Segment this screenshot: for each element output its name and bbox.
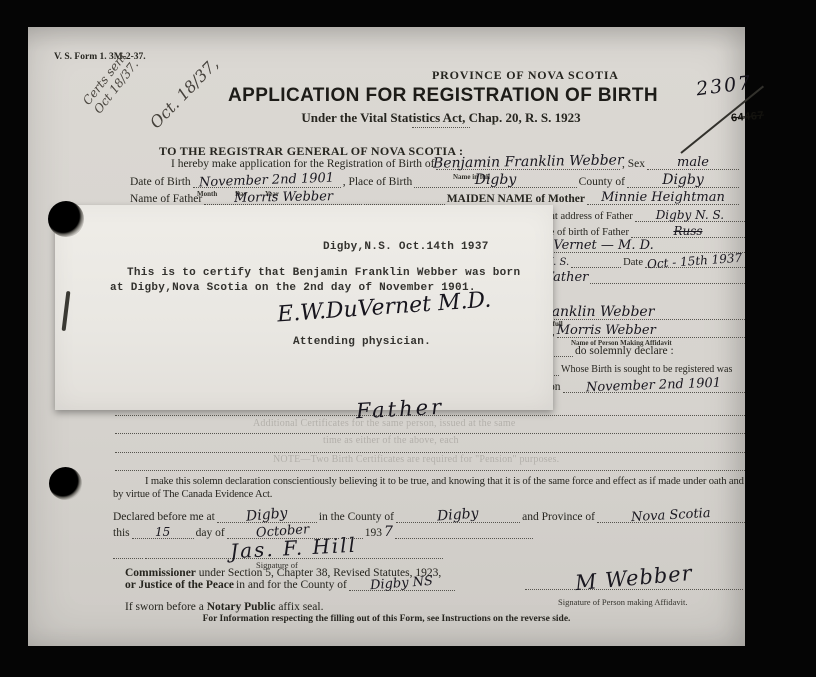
form-title: APPLICATION FOR REGISTRATION OF BIRTH xyxy=(228,85,652,107)
bleed-through-text: Additional Certificates for the same per… xyxy=(253,418,516,429)
staple-mark xyxy=(62,291,71,331)
father-address-value: Digby N. S. xyxy=(656,209,724,221)
declared-before-row: Declared before me at Digby in the Count… xyxy=(113,508,745,523)
affiant-signature-field: M Webber xyxy=(525,568,743,590)
declared-place-field: Digby xyxy=(217,508,317,523)
certificate-dateline: Digby,N.S. Oct.14th 1937 xyxy=(323,241,489,253)
dotted-line xyxy=(115,433,745,434)
county-label: County of xyxy=(579,176,625,188)
county-value: Digby xyxy=(662,173,704,187)
birth-date-value: November 2nd 1901 xyxy=(586,377,721,395)
whose-birth-row: Whose Birth is sought to be registered w… xyxy=(545,365,745,376)
birth-date-row: Date of Birth November 2nd 1901 , Place … xyxy=(130,173,739,188)
bleed-through-text: time as either of the above, each xyxy=(323,435,459,446)
sex-value: male xyxy=(677,156,709,169)
birth-date-field: November 2nd 1901 xyxy=(563,379,746,393)
physician-name-row: uVernet — M. D. xyxy=(545,239,745,253)
jp-county-field: Digby NS xyxy=(349,577,455,591)
affiant-row: I, Morris Webber xyxy=(548,324,745,338)
mother-field: Minnie Heightman xyxy=(587,191,739,205)
sex-field: male xyxy=(647,156,739,170)
birth-date-declared-row: on November 2nd 1901 xyxy=(549,379,745,393)
affiant-signature: M Webber xyxy=(574,563,693,594)
commissioner-signature-field: Jas. F. Hill xyxy=(145,538,443,559)
date-value: Oct - 15th 1937 xyxy=(647,252,743,271)
notary-pre: If sworn before a xyxy=(125,601,207,613)
punch-hole-bottom xyxy=(49,467,82,500)
dob-field: November 2nd 1901 xyxy=(193,174,341,188)
application-form-page: V. S. Form 1. 3M-2-37. Certs sent Oct 18… xyxy=(28,27,745,646)
name-row: I hereby make application for the Regist… xyxy=(171,155,739,170)
mother-value: Minnie Heightman xyxy=(601,191,725,204)
province-heading: PROVINCE OF NOVA SCOTIA xyxy=(432,69,619,82)
father-birthplace-field: Russ xyxy=(631,225,745,238)
date-row: N. S. Date Oct - 15th 1937 xyxy=(545,255,745,268)
declared-county-field: Digby xyxy=(396,508,520,523)
province-of-label: and Province of xyxy=(522,511,595,523)
father-value: Morris Webber xyxy=(234,190,333,205)
date-label: Date xyxy=(623,257,643,268)
sex-label: , Sex xyxy=(622,158,645,170)
commissioner-signature-row: Jas. F. Hill xyxy=(113,538,443,559)
justice-of-peace-row: or Justice of the Peace in and for the C… xyxy=(125,577,455,591)
oath-paragraph: I make this solemn declaration conscient… xyxy=(113,475,745,501)
registration-number-handwritten: 2307 xyxy=(695,72,754,101)
oath-text-2: virtue of The Canada Evidence Act. xyxy=(126,489,273,500)
father-address-label-fragment: ent address of Father xyxy=(545,211,633,222)
relationship-row: Father xyxy=(545,271,745,284)
header-divider xyxy=(412,127,470,128)
affiant-signature-sublabel: Signature of Person making Affidavit. xyxy=(558,597,687,607)
notary-line: If sworn before a Notary Public affix se… xyxy=(125,597,323,615)
declarant-name-row: ranklin Webber xyxy=(545,305,745,320)
form-subtitle: Under the Vital Statistics Act, Chap. 20… xyxy=(230,111,652,125)
attached-certificate: Digby,N.S. Oct.14th 1937 This is to cert… xyxy=(55,205,553,410)
pob-label: , Place of Birth xyxy=(343,176,413,188)
province-value: Nova Scotia xyxy=(631,507,711,524)
county-field: Digby xyxy=(627,173,739,188)
notary-post: affix seal. xyxy=(275,601,323,613)
father-address-row: ent address of Father Digby N. S. xyxy=(545,209,745,222)
affiant-field: Morris Webber xyxy=(557,324,745,338)
county-of-label: in the County of xyxy=(319,511,394,523)
certificate-body-line1: This is to certify that Benjamin Frankli… xyxy=(127,267,520,279)
dotted-line xyxy=(115,452,745,453)
declared-place-value: Digby xyxy=(246,506,289,524)
whose-birth-label: Whose Birth is sought to be registered w… xyxy=(561,365,732,376)
father-field: Morris Webber xyxy=(204,191,362,205)
jp-rest: in and for the County of xyxy=(236,579,347,591)
pob-field: Digby xyxy=(414,173,576,188)
date-field: Oct - 15th 1937 xyxy=(645,255,745,268)
father-label: Name of Father xyxy=(130,193,202,205)
declare-label: do solemnly declare : xyxy=(575,345,674,357)
physician-field: uVernet — M. D. xyxy=(545,239,745,253)
footer-note: For Information respecting the filling o… xyxy=(28,615,745,625)
father-birthplace-row: ce of birth of Father Russ xyxy=(545,225,745,238)
dob-label: Date of Birth xyxy=(130,176,191,188)
province-field: Nova Scotia xyxy=(597,509,745,523)
punch-hole-top xyxy=(48,201,84,237)
bleed-through-text: NOTE—Two Birth Certificates are required… xyxy=(273,454,559,465)
parents-row: Name of Father Morris Webber MAIDEN NAME… xyxy=(130,191,739,205)
declarant-name-field: ranklin Webber xyxy=(545,305,745,320)
dob-value: November 2nd 1901 xyxy=(199,172,334,190)
dotted-line xyxy=(571,267,621,268)
jp-county-value: Digby NS xyxy=(370,575,434,592)
day-value: 15 xyxy=(155,526,170,538)
intro-label: I hereby make application for the Regist… xyxy=(171,158,434,170)
year-written: 7 xyxy=(384,525,393,539)
pob-value: Digby xyxy=(475,173,517,187)
jp-bold: or Justice of the Peace xyxy=(125,579,234,591)
commissioner-signature: Jas. F. Hill xyxy=(230,535,358,562)
dotted-line xyxy=(590,283,745,284)
father-address-field: Digby N. S. xyxy=(635,209,745,222)
mother-label: MAIDEN NAME of Mother xyxy=(447,193,585,205)
father-birthplace-value: Russ xyxy=(673,225,702,237)
handwritten-date-note: Oct. 18/37, xyxy=(146,54,222,132)
physician-title: Attending physician. xyxy=(293,336,431,348)
dotted-line xyxy=(113,558,143,559)
name-value: Benjamin Franklin Webber xyxy=(433,153,624,170)
declared-label: Declared before me at xyxy=(113,511,215,523)
affiant-value: Morris Webber xyxy=(557,324,656,337)
scanned-document: V. S. Form 1. 3M-2-37. Certs sent Oct 18… xyxy=(0,0,816,677)
physician-value: uVernet — M. D. xyxy=(545,239,654,252)
notary-bold: Notary Public xyxy=(207,601,276,613)
affiant-signature-row: M Webber xyxy=(525,568,743,590)
father-birthplace-label-fragment: ce of birth of Father xyxy=(545,227,629,238)
declarant-name-value: ranklin Webber xyxy=(545,305,654,319)
declared-county-value: Digby xyxy=(437,507,479,524)
declare-row: do solemnly declare : xyxy=(545,345,705,357)
stamped-number-struck: 64467 xyxy=(731,110,765,125)
dotted-line xyxy=(115,470,745,471)
name-field: Benjamin Franklin Webber xyxy=(436,155,620,170)
